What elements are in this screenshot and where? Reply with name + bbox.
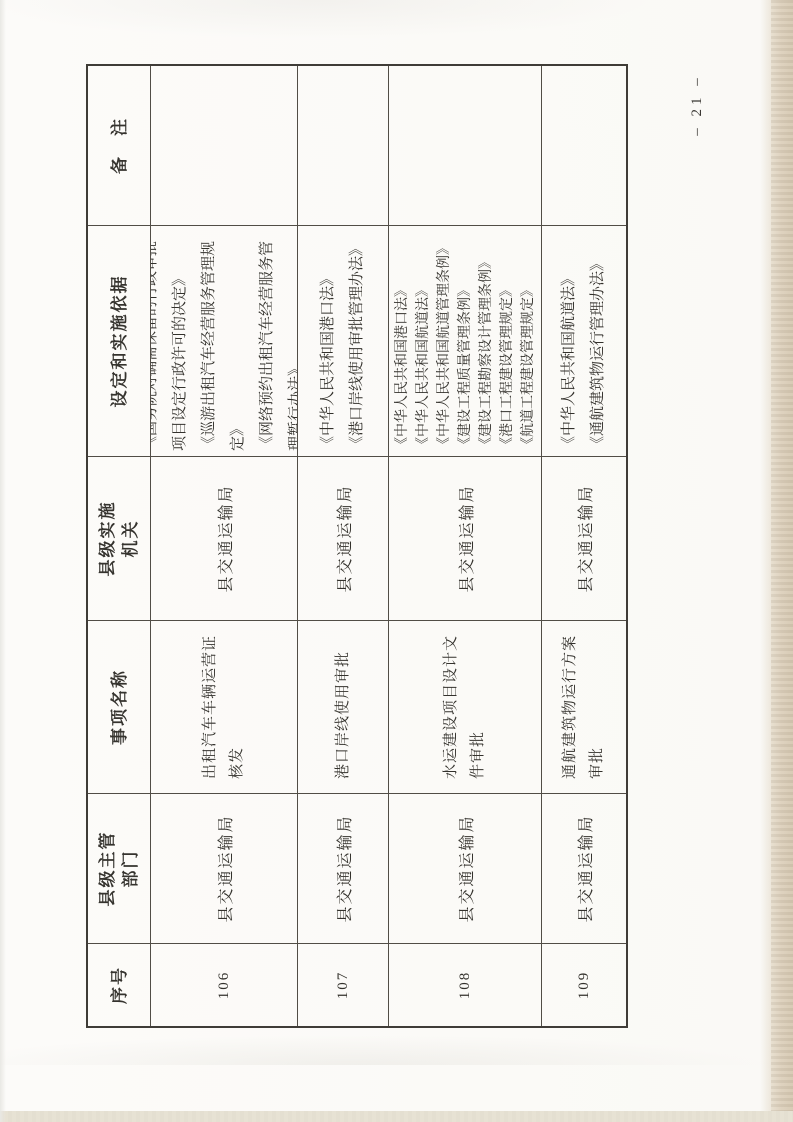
header-remarks: 备 注: [88, 66, 151, 225]
table-row-108-serial: 108: [389, 943, 542, 1026]
header-implementing-agency: 县级实施 机关: [88, 456, 151, 620]
header-implementing-agency-line2: 机关: [119, 520, 142, 558]
table-row-108-item: 水运建设项目设计文件审批: [389, 620, 542, 793]
basis-entry: 《网络预约出租汽车经营服务管理暂行办法》: [253, 231, 298, 451]
table-row-109-agency: 县交通运输局: [542, 456, 626, 620]
approval-items-table: 序号 县级主管 部门 事项名称 县级实施 机关 设定和实施依据 备 注 106 …: [86, 64, 628, 1028]
basis-entry: 《中华人民共和国港口法》: [392, 231, 413, 451]
basis-entry: 《航道工程建设管理规定》: [518, 231, 539, 451]
paper-edge-shadow: [760, 0, 771, 1122]
header-county-dept-line2: 部门: [119, 850, 142, 888]
table-row-106-remark: [151, 66, 298, 225]
basis-entry: 《国务院对确需保留的行政审批项目设定行政许可的决定》: [151, 231, 195, 451]
header-serial: 序号: [88, 943, 151, 1026]
header-item-name: 事项名称: [88, 620, 151, 793]
table-row-106-item: 出租汽车车辆运营证核发: [151, 620, 298, 793]
table-row-107-serial: 107: [298, 943, 389, 1026]
table-row-109-serial: 109: [542, 943, 626, 1026]
paper-edge-right: [771, 0, 793, 1122]
table-row-109-basis: 《中华人民共和国航道法》 《通航建筑物运行管理办法》: [542, 225, 626, 456]
basis-entry: 《建设工程勘察设计管理条例》: [476, 231, 497, 451]
table-row-108-dept: 县交通运输局: [389, 793, 542, 943]
table-row-109-remark: [542, 66, 626, 225]
header-county-dept: 县级主管 部门: [88, 793, 151, 943]
paper-edge-left: [0, 0, 6, 1122]
basis-entry: 《巡游出租汽车经营服务管理规定》: [195, 231, 253, 451]
basis-entry: 《通航建筑物运行管理办法》: [584, 231, 613, 451]
paper-edge-bottom: [0, 1111, 793, 1122]
basis-entry: 《中华人民共和国航道法》: [555, 231, 584, 451]
table-row-108-remark: [389, 66, 542, 225]
basis-entry: 《中华人民共和国航道管理条例》: [434, 231, 455, 451]
scan-noise-bottom: [0, 1025, 793, 1065]
header-county-dept-line1: 县级主管: [96, 831, 119, 907]
table-row-107-agency: 县交通运输局: [298, 456, 389, 620]
table-row-108-basis: 《中华人民共和国港口法》 《中华人民共和国航道法》 《中华人民共和国航道管理条例…: [389, 225, 542, 456]
table-row-106-basis: 《国务院对确需保留的行政审批项目设定行政许可的决定》 《巡游出租汽车经营服务管理…: [151, 225, 298, 456]
table-row-109-item: 通航建筑物运行方案审批: [542, 620, 626, 793]
scan-noise-top: [0, 0, 793, 55]
basis-entry: 《港口工程建设管理规定》: [497, 231, 518, 451]
table-row-107-dept: 县交通运输局: [298, 793, 389, 943]
table-row-106-agency: 县交通运输局: [151, 456, 298, 620]
scanned-document-page: { "page": { "number_label": "– 21 –" }, …: [0, 0, 793, 1122]
table-row-107-basis: 《中华人民共和国港口法》 《港口岸线使用审批管理办法》: [298, 225, 389, 456]
table-row-107-remark: [298, 66, 389, 225]
basis-entry: 《中华人民共和国航道法》: [413, 231, 434, 451]
table-row-106-dept: 县交通运输局: [151, 793, 298, 943]
landscape-sheet: 序号 县级主管 部门 事项名称 县级实施 机关 设定和实施依据 备 注 106 …: [0, 0, 793, 1122]
header-legal-basis: 设定和实施依据: [88, 225, 151, 456]
table-row-106-serial: 106: [151, 943, 298, 1026]
table-row-108-agency: 县交通运输局: [389, 456, 542, 620]
table-row-107-item: 港口岸线使用审批: [298, 620, 389, 793]
page-number: – 21 –: [689, 60, 706, 150]
header-implementing-agency-line1: 县级实施: [96, 501, 119, 577]
basis-entry: 《中华人民共和国港口法》: [314, 231, 343, 451]
basis-entry: 《建设工程质量管理条例》: [455, 231, 476, 451]
basis-entry: 《港口岸线使用审批管理办法》: [343, 231, 372, 451]
table-row-109-dept: 县交通运输局: [542, 793, 626, 943]
